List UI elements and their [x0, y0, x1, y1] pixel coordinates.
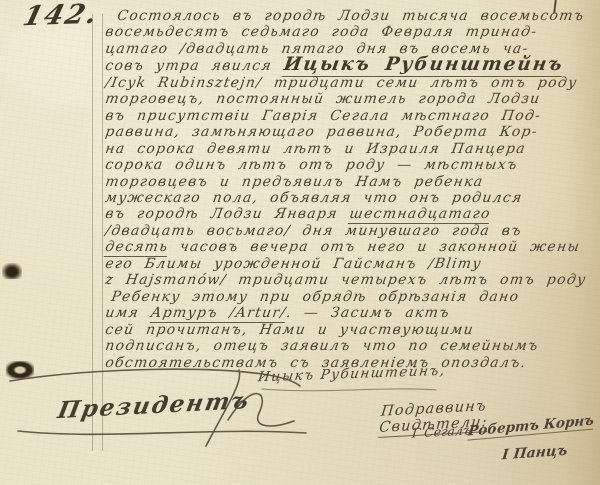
text-line: восемьдесятъ седьмаго года Февраля трина…	[104, 24, 599, 40]
text-line: мужескаго пола, объявляя что онъ родился	[104, 190, 599, 206]
text-segment: въ присутствіи Гаврія Сегала мѣстнаго По…	[104, 108, 542, 124]
text-line: /Icyk Rubinsztejn/ тридцати семи лѣтъ от…	[104, 75, 599, 91]
text-line: подписанъ, отецъ заявилъ что по семейным…	[104, 338, 599, 354]
text-segment: /двадцать восьмаго/ дня минувшаго года в…	[104, 223, 523, 239]
text-line: Состоялось въ городѣ Лодзи тысяча восемь…	[104, 8, 599, 24]
text-line: на сорока девяти лѣтъ и Израиля Панцера	[104, 141, 599, 157]
text-line: имя Артуръ /Artur/. — Засимъ актъ	[104, 305, 599, 321]
text-line: въ присутствіи Гаврія Сегала мѣстнаго По…	[104, 108, 599, 124]
text-segment: восемьдесятъ седьмаго года Февраля трина…	[104, 24, 539, 40]
text-line: сорока одинъ лѣтъ отъ роду — мѣстныхъ	[104, 157, 599, 173]
text-segment: на сорока девяти лѣтъ и Израиля Панцера	[104, 141, 527, 157]
child-name: Артуръ /Artur/	[149, 305, 287, 323]
text-segment: часовъ вечера отъ него и законной жены	[167, 239, 581, 255]
text-segment: мужескаго пола, объявляя что онъ родился	[104, 190, 524, 206]
text-segment: подписанъ, отецъ заявилъ что по семейным…	[104, 338, 540, 354]
paper-hole-bottom	[6, 361, 34, 379]
text-segment: десять	[104, 239, 170, 257]
document-scan: 142. Состоялось въ городѣ Лодзи тысяча в…	[0, 0, 600, 485]
text-segment: торговецъ, постоянный житель города Лодз…	[104, 91, 542, 107]
text-segment: . — Засимъ актъ	[285, 305, 451, 321]
text-line: торговцевъ и предъявилъ Намъ ребенка	[104, 174, 599, 190]
text-segment: сей прочитанъ, Нами и участвующими	[104, 322, 475, 338]
text-line: въ городѣ Лодзи Января шестнадцатаго	[104, 206, 599, 222]
text-segment: его Блимы урожденной Гайсманъ /Blimy	[104, 256, 483, 272]
text-segment: шестнадцатаго	[348, 206, 492, 224]
father-name: Ицыкъ Рубинштейнъ	[282, 54, 565, 77]
text-line: десять часовъ вечера отъ него и законной…	[104, 239, 599, 255]
margin-ruling-inner	[102, 14, 103, 451]
text-line: z Hajsmanów/ тридцати четырехъ лѣтъ отъ …	[104, 272, 599, 288]
document-text: Состоялось въ городѣ Лодзи тысяча восемь…	[104, 8, 596, 371]
text-line: его Блимы урожденной Гайсманъ /Blimy	[104, 256, 599, 272]
text-segment: совъ утра явился	[104, 58, 285, 74]
text-line: торговецъ, постоянный житель города Лодз…	[104, 91, 599, 107]
text-segment: Состоялось въ городѣ Лодзи тысяча восемь…	[116, 8, 586, 24]
text-segment: имя	[104, 305, 152, 321]
text-line: раввина, замѣняющаго раввина, Роберта Ко…	[104, 124, 599, 140]
text-segment: въ городѣ Лодзи Января	[104, 206, 351, 222]
text-segment: раввина, замѣняющаго раввина, Роберта Ко…	[104, 124, 539, 140]
entry-number: 142.	[20, 0, 102, 32]
text-line: совъ утра явился Ицыкъ Рубинштейнъ	[104, 57, 599, 74]
text-segment: торговцевъ и предъявилъ Намъ ребенка	[104, 174, 485, 190]
witness-signature-segal: Г Сегалъ	[411, 422, 472, 440]
president-signature: Президентъ	[55, 387, 252, 424]
text-segment: сорока одинъ лѣтъ отъ роду — мѣстныхъ	[104, 157, 519, 173]
text-line: Ребенку этому при обрядѣ обрѣзанія дано	[104, 289, 599, 305]
witness-signature-pantz: І Панцъ	[501, 443, 568, 464]
margin-ruling-outer	[92, 14, 93, 451]
text-segment: /Icyk Rubinsztejn/ тридцати семи лѣтъ от…	[104, 75, 579, 91]
paper-hole-top	[2, 263, 22, 279]
text-segment: z Hajsmanów/ тридцати четырехъ лѣтъ отъ …	[104, 272, 588, 288]
text-segment: Ребенку этому при обрядѣ обрѣзанія дано	[110, 289, 521, 305]
text-line: сей прочитанъ, Нами и участвующими	[104, 322, 599, 338]
text-line: /двадцать восьмаго/ дня минувшаго года в…	[104, 223, 599, 239]
